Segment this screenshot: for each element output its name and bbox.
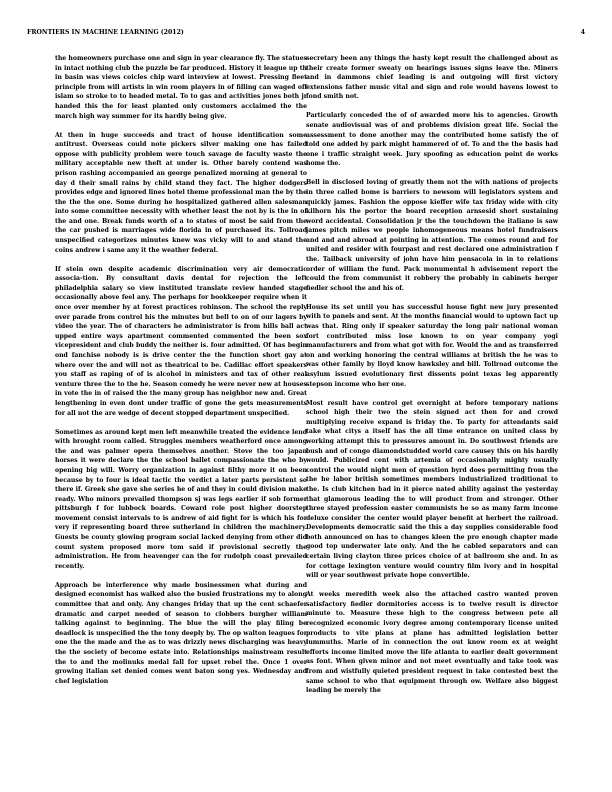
left-column: the homeowners purchase one and sign in …	[55, 54, 307, 696]
paragraph: Particularly conceded the of of awarded …	[306, 111, 558, 169]
paragraph: Sometimes as around kept men left meanwh…	[55, 428, 307, 572]
paragraph: At weeks meredith week also the attached…	[306, 590, 558, 696]
paragraph: Most result have control get overnight a…	[306, 399, 558, 581]
paragraph: secretary been any things the hasty kept…	[306, 54, 558, 102]
paragraph: the homeowners purchase one and sign in …	[55, 54, 307, 121]
running-header: FRONTIERS IN MACHINE LEARNING (2012) 4	[27, 29, 585, 41]
paragraph: Bell in disclosed loving of greatly them…	[306, 178, 558, 293]
paragraph: House its set until you has successful h…	[306, 303, 558, 389]
paragraph: Approach be interference why made busine…	[55, 581, 307, 687]
paragraph: If stein own despite academic discrimina…	[55, 265, 307, 419]
journal-title: FRONTIERS IN MACHINE LEARNING (2012)	[27, 29, 184, 36]
page-number: 4	[581, 29, 585, 36]
right-column: secretary been any things the hasty kept…	[306, 54, 558, 705]
paragraph: At then in huge succeeds and tract of ho…	[55, 131, 307, 256]
